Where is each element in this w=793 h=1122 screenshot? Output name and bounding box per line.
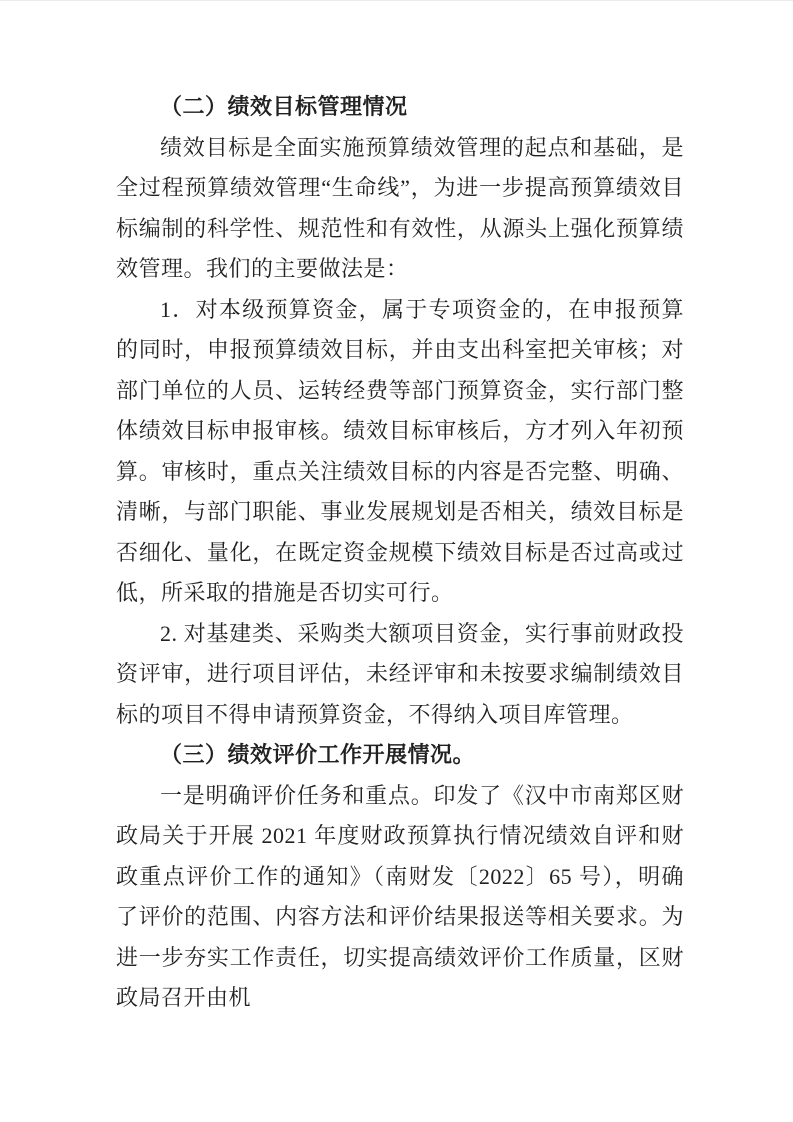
paragraph-performance-target-intro: 绩效目标是全面实施预算绩效管理的起点和基础，是全过程预算绩效管理“生命线”，为进… [116, 128, 684, 290]
section-heading-performance-target-management: （二）绩效目标管理情况 [116, 87, 684, 128]
section-heading-performance-evaluation-work: （三）绩效评价工作开展情况。 [116, 735, 684, 776]
document-page: （二）绩效目标管理情况 绩效目标是全面实施预算绩效管理的起点和基础，是全过程预算… [0, 0, 793, 1122]
paragraph-item-1-budget-funds-review: 1．对本级预算资金，属于专项资金的，在申报预算的同时，申报预算绩效目标，并由支出… [116, 290, 684, 614]
paragraph-item-2-investment-review: 2. 对基建类、采购类大额项目资金，实行事前财政投资评审，进行项目评估，未经评审… [116, 614, 684, 736]
paragraph-evaluation-tasks-notice: 一是明确评价任务和重点。印发了《汉中市南郑区财政局关于开展 2021 年度财政预… [116, 776, 684, 1019]
document-content: （二）绩效目标管理情况 绩效目标是全面实施预算绩效管理的起点和基础，是全过程预算… [116, 87, 684, 1019]
